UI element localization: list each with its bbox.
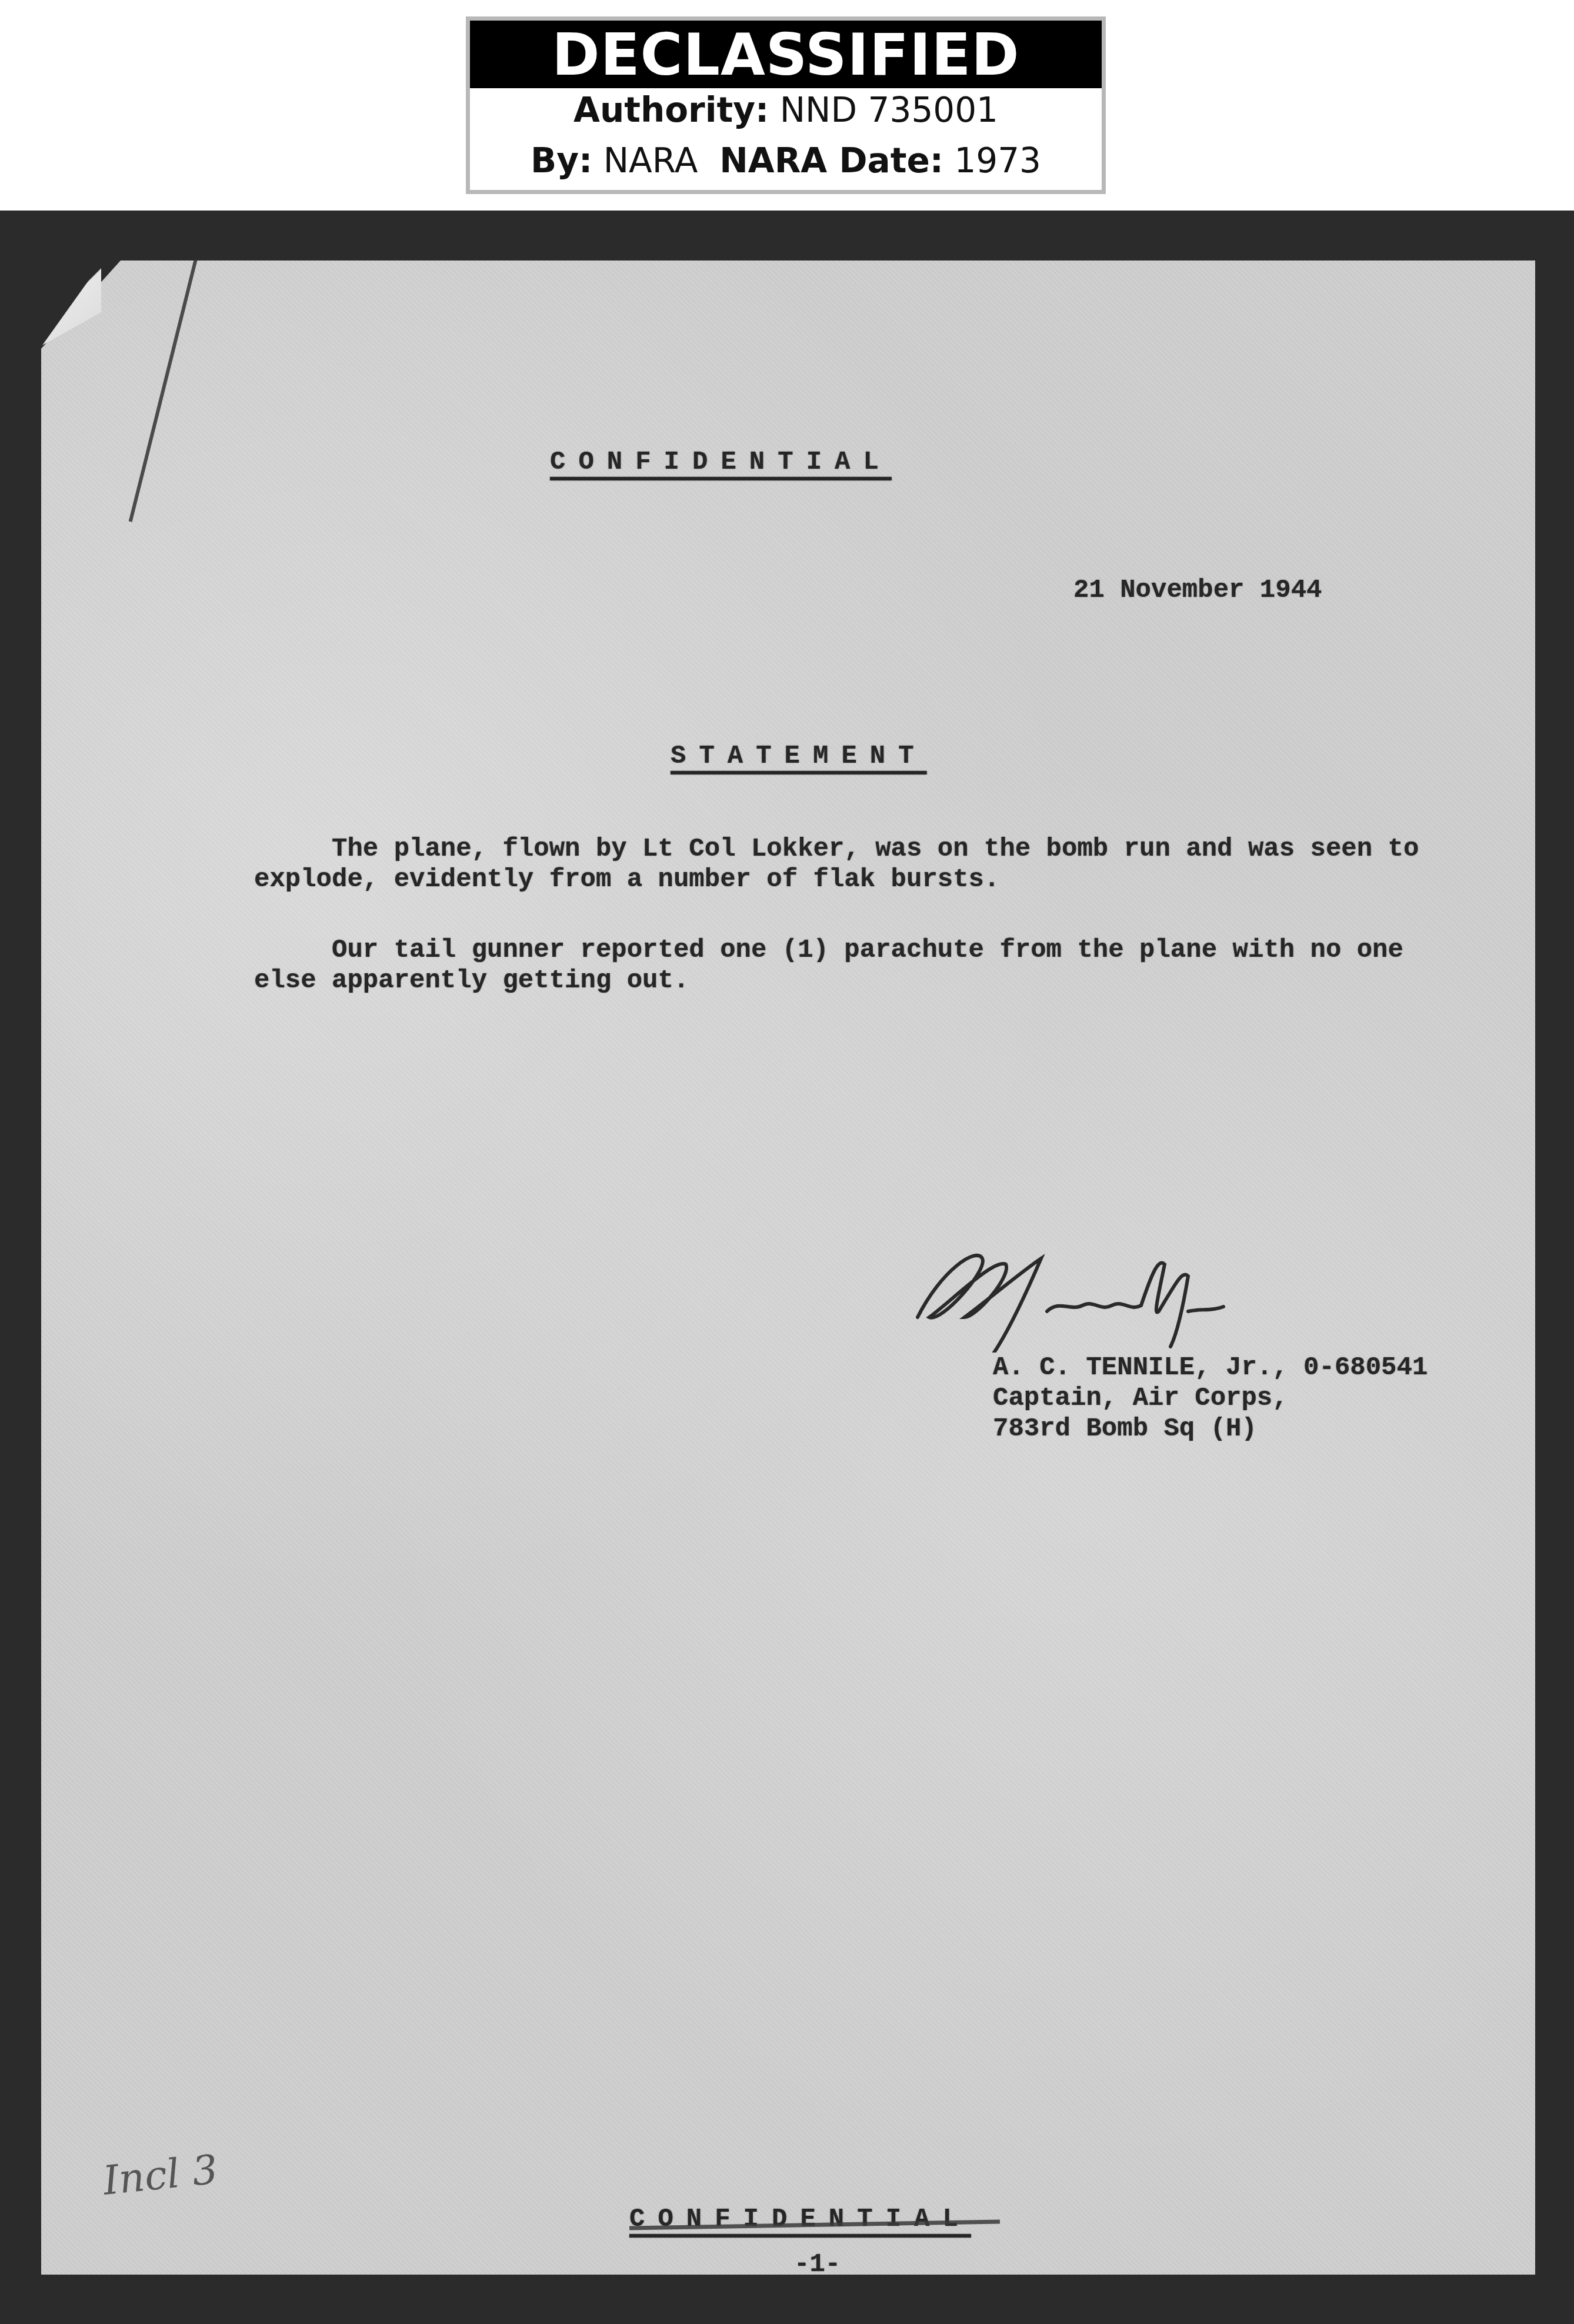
stamp-by-date: By: NARA NARA Date: 1973 [470,141,1102,181]
authority-label: Authority: [573,90,769,130]
signer-unit-line: 783rd Bomb Sq (H) [993,1414,1257,1444]
nara-date-value: 1973 [954,141,1041,181]
signature-block: A. C. TENNILE, Jr., 0-680541 Captain, Ai… [993,1353,1428,1444]
document-date: 21 November 1944 [1073,575,1322,606]
by-label: By: [531,141,592,181]
scan-frame [0,211,1574,2324]
signer-rank-line: Captain, Air Corps, [993,1384,1288,1413]
authority-value: NND 735001 [780,90,998,130]
footer-classification: CONFIDENTIAL [629,2204,971,2235]
paper-sheet [41,261,1535,2275]
header-classification: CONFIDENTIAL [550,447,892,478]
paragraph-2: Our tail gunner reported one (1) parachu… [254,935,1403,996]
declassified-stamp: DECLASSIFIED Authority: NND 735001 By: N… [466,16,1106,194]
by-value: NARA [603,141,698,181]
nara-date-label: NARA Date: [719,141,943,181]
page-number: -1- [794,2249,841,2280]
stamp-title: DECLASSIFIED [470,21,1102,88]
document-title: STATEMENT [671,741,927,772]
paragraph-1: The plane, flown by Lt Col Lokker, was o… [254,834,1419,895]
signer-name-line: A. C. TENNILE, Jr., 0-680541 [993,1353,1428,1383]
handwritten-signature [906,1235,1294,1353]
stamp-authority: Authority: NND 735001 [470,90,1102,130]
